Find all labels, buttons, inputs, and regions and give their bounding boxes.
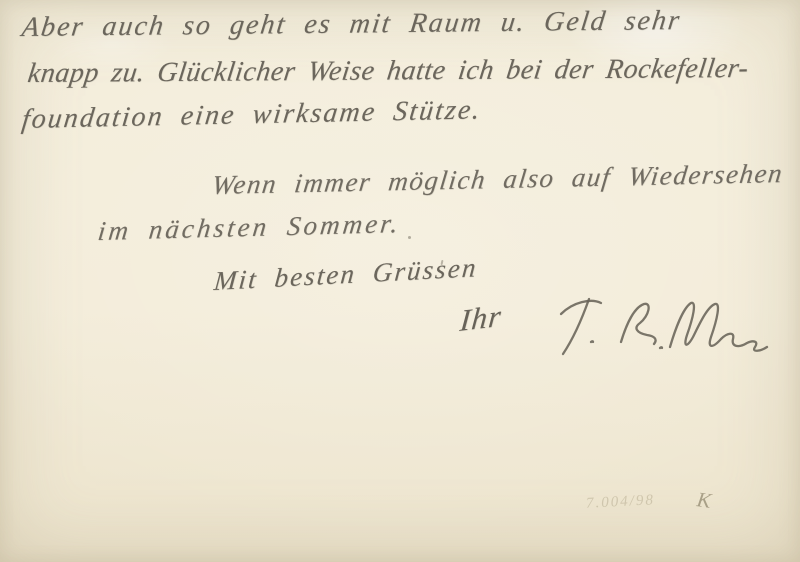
signature-autograph xyxy=(533,290,771,378)
pencil-letter-mark: K xyxy=(695,487,712,514)
letter-line-5: im nächsten Sommer. xyxy=(96,208,402,247)
signature-prefix: Ihr xyxy=(458,298,503,339)
paper-speck xyxy=(408,236,411,239)
letter-line-1: Aber auch so geht es mit Raum u. Geld se… xyxy=(20,5,683,44)
letter-line-4: Wenn immer möglich also auf Wiedersehen xyxy=(210,158,785,201)
letter-paper: Aber auch so geht es mit Raum u. Geld se… xyxy=(0,0,800,562)
letter-line-2: knapp zu. Glücklicher Weise hatte ich be… xyxy=(26,53,751,90)
pencil-catalog-notation: 7.004/98 xyxy=(586,492,656,513)
valediction: Mit besten Grüssen xyxy=(213,252,479,297)
letter-line-3: foundation eine wirksame Stütze. xyxy=(20,94,483,136)
signature-scrawl-svg xyxy=(533,290,771,378)
